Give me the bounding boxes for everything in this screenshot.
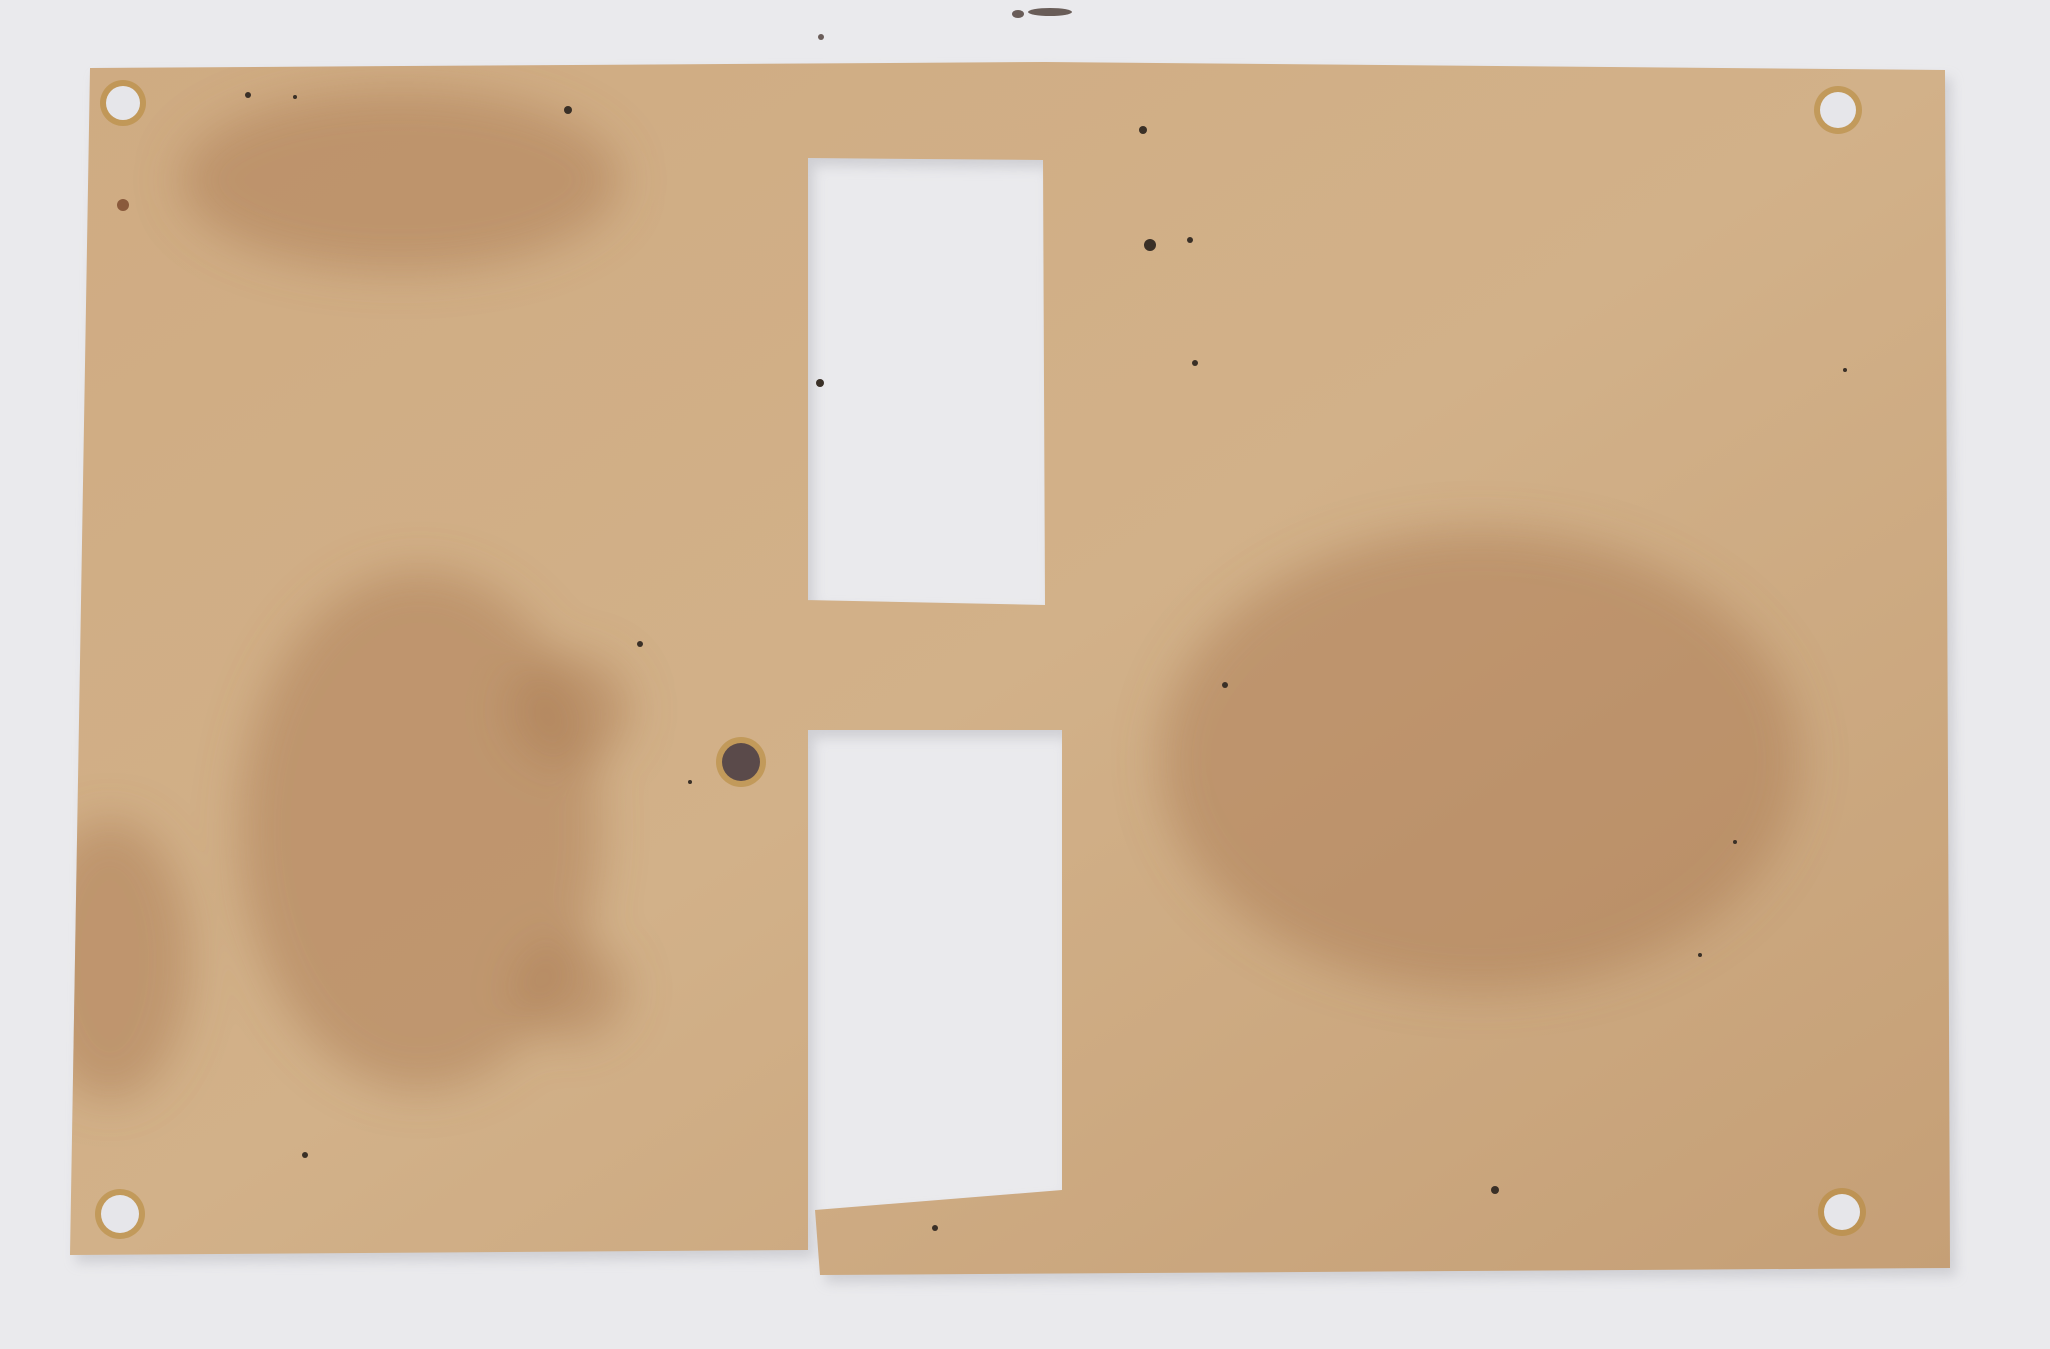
bottom-right-hole (1818, 1188, 1866, 1236)
center-hole (716, 737, 766, 787)
background-ink-mark (818, 8, 1072, 40)
photo-scene (0, 0, 2050, 1349)
paper-sheet (30, 62, 1950, 1275)
bottom-left-hole (95, 1189, 145, 1239)
paper-photo (0, 0, 2050, 1349)
top-left-hole (100, 80, 146, 126)
top-right-hole (1814, 86, 1862, 134)
